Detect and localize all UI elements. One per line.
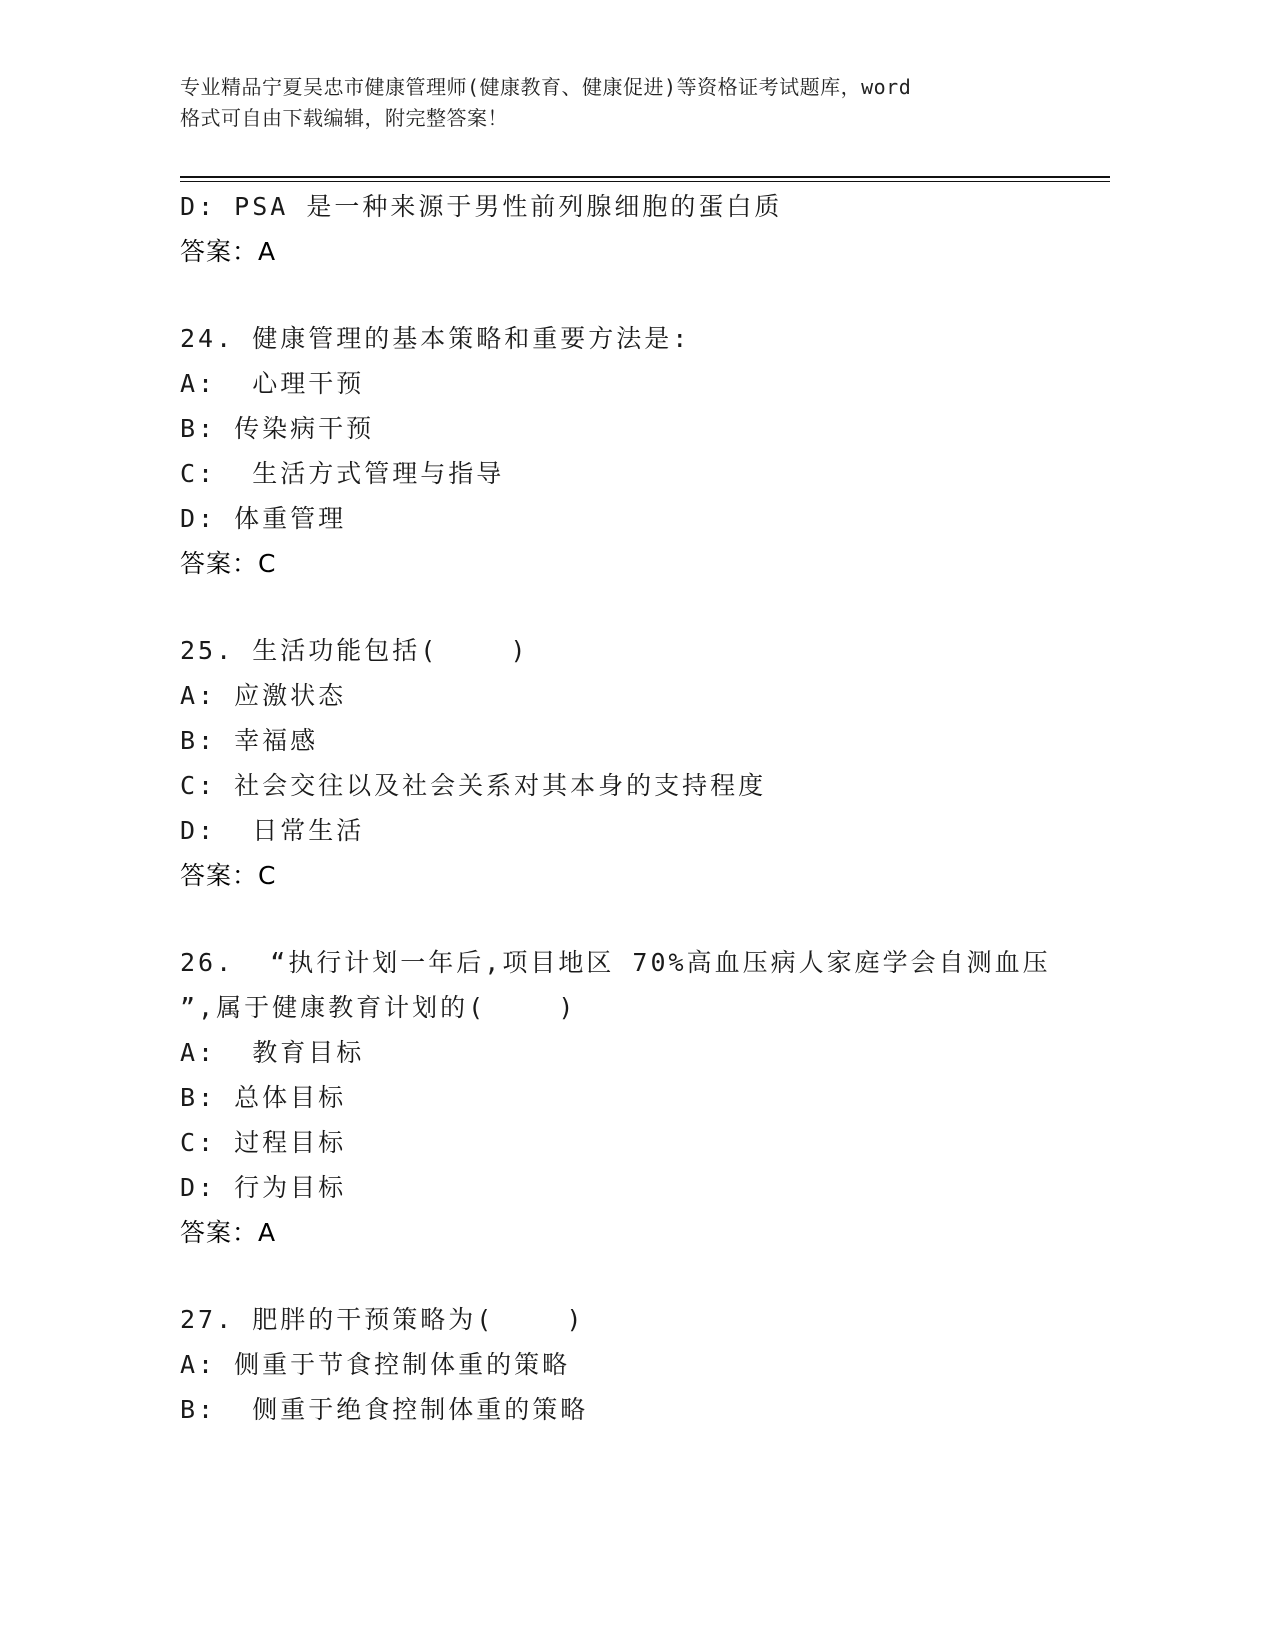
question-26: 26. “执行计划一年后,项目地区 70%高血压病人家庭学会自测血压 ”,属于健… [180, 940, 1080, 1255]
question-24: 24. 健康管理的基本策略和重要方法是: A: 心理干预 B: 传染病干预 C:… [180, 316, 1080, 586]
document-body: D: PSA 是一种来源于男性前列腺细胞的蛋白质 答案：A 24. 健康管理的基… [180, 184, 1080, 1432]
option-a: A: 心理干预 [180, 361, 1080, 406]
answer-label: 答案：C [180, 541, 1080, 586]
header-line-1: 专业精品宁夏吴忠市健康管理师(健康教育、健康促进)等资格证考试题库，word [180, 72, 1040, 103]
option-d: D: 日常生活 [180, 808, 1080, 853]
header-divider-thick [180, 176, 1110, 178]
option-c: C: 生活方式管理与指导 [180, 451, 1080, 496]
question-stem: 24. 健康管理的基本策略和重要方法是: [180, 316, 1080, 361]
answer-label: 答案：A [180, 229, 1080, 274]
option-d: D: PSA 是一种来源于男性前列腺细胞的蛋白质 [180, 184, 1080, 229]
question-stem-line-2: ”,属于健康教育计划的( ) [180, 985, 1080, 1030]
option-d: D: 体重管理 [180, 496, 1080, 541]
answer-label: 答案：C [180, 853, 1080, 898]
question-stem: 27. 肥胖的干预策略为( ) [180, 1297, 1080, 1342]
option-c: C: 过程目标 [180, 1120, 1080, 1165]
option-b: B: 传染病干预 [180, 406, 1080, 451]
previous-question-tail: D: PSA 是一种来源于男性前列腺细胞的蛋白质 答案：A [180, 184, 1080, 274]
option-d: D: 行为目标 [180, 1165, 1080, 1210]
question-25: 25. 生活功能包括( ) A: 应激状态 B: 幸福感 C: 社会交往以及社会… [180, 628, 1080, 898]
header-divider-thin [180, 181, 1110, 182]
option-c: C: 社会交往以及社会关系对其本身的支持程度 [180, 763, 1080, 808]
question-stem: 25. 生活功能包括( ) [180, 628, 1080, 673]
option-b: B: 幸福感 [180, 718, 1080, 763]
option-a: A: 侧重于节食控制体重的策略 [180, 1342, 1080, 1387]
question-stem-line-1: 26. “执行计划一年后,项目地区 70%高血压病人家庭学会自测血压 [180, 940, 1080, 985]
option-b: B: 总体目标 [180, 1075, 1080, 1120]
option-b: B: 侧重于绝食控制体重的策略 [180, 1387, 1080, 1432]
answer-label: 答案：A [180, 1210, 1080, 1255]
header-line-2: 格式可自由下载编辑，附完整答案！ [180, 103, 1040, 134]
option-a: A: 应激状态 [180, 673, 1080, 718]
document-header: 专业精品宁夏吴忠市健康管理师(健康教育、健康促进)等资格证考试题库，word 格… [180, 72, 1040, 134]
option-a: A: 教育目标 [180, 1030, 1080, 1075]
question-27: 27. 肥胖的干预策略为( ) A: 侧重于节食控制体重的策略 B: 侧重于绝食… [180, 1297, 1080, 1432]
